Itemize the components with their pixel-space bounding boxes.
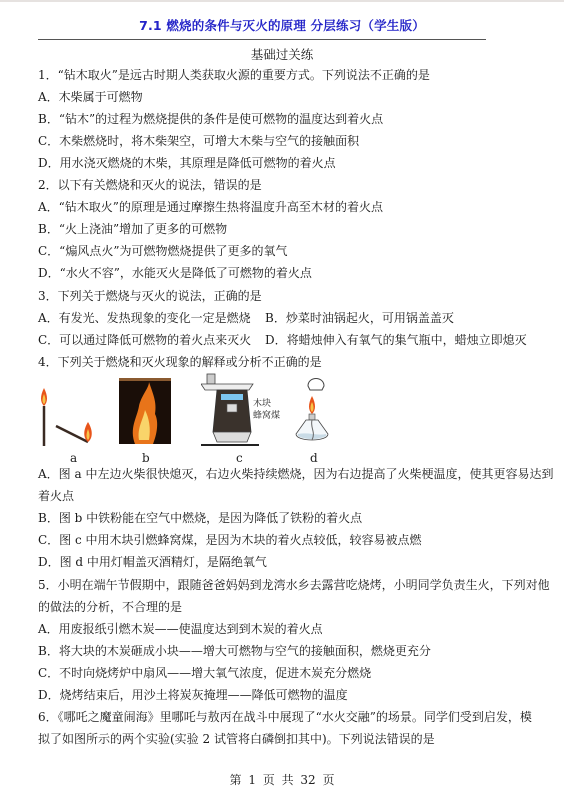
question-3-option-d: D．将蜡烛伸入有氧气的集气瓶中，蜡烛立即熄灭	[265, 333, 527, 347]
question-4-option-a: A．图 a 中左边火柴很快熄灭，右边火柴持续燃烧，因为右边提高了火柴梗温度，使其…	[38, 467, 553, 481]
label-honeycomb-coal: 蜂窝煤	[253, 409, 280, 421]
viewer-top-border	[0, 0, 564, 2]
alcohol-lamp-figure	[288, 372, 338, 450]
question-5-option-a: A．用废报纸引燃木炭——使温度达到到木炭的着火点	[38, 622, 323, 636]
iron-powder-burning-figure	[119, 378, 171, 444]
question-3-option-a: A．有发光、发热现象的变化一定是燃烧	[38, 311, 251, 325]
question-4-stem: 4．下列关于燃烧和灭火现象的解释或分析不正确的是	[38, 355, 322, 369]
question-5-option-d: D．烧烤结束后，用沙土将炭灰掩埋——降低可燃物的温度	[38, 688, 348, 702]
figure-label-c: c	[236, 451, 243, 465]
figure-label-b: b	[142, 451, 150, 465]
figure-label-a: a	[70, 451, 77, 465]
question-3-option-c: C．可以通过降低可燃物的着火点来灭火	[38, 333, 251, 347]
question-2-option-a: A．“钻木取火”的原理是通过摩擦生热将温度升高至木材的着火点	[38, 200, 383, 214]
header-rule	[38, 39, 486, 40]
question-6-stem: 6．《哪吒之魔童闹海》里哪吒与敖丙在战斗中展现了“水火交融”的场景。同学们受到启…	[38, 710, 532, 724]
question-2-option-c: C．“煽风点火”为可燃物燃烧提供了更多的氧气	[38, 244, 287, 258]
question-2-option-d: D．“水火不容”，水能灭火是降低了可燃物的着火点	[38, 266, 312, 280]
question-4-option-b: B．图 b 中铁粉能在空气中燃烧，是因为降低了铁粉的着火点	[38, 511, 362, 525]
question-1-option-d: D．用水浇灭燃烧的木柴，其原理是降低可燃物的着火点	[38, 156, 336, 170]
figure-label-d: d	[310, 451, 318, 465]
question-3-option-b: B．炒菜时油锅起火，可用锅盖盖灭	[265, 311, 454, 325]
question-1-option-a: A．木柴属于可燃物	[38, 90, 143, 104]
question-4-option-a-cont: 着火点	[38, 489, 74, 503]
section-heading: 基础过关练	[0, 45, 564, 63]
question-2-option-b: B．“火上浇油”增加了更多的可燃物	[38, 222, 227, 236]
question-4-option-d: D．图 d 中用灯帽盖灭酒精灯，是隔绝氧气	[38, 555, 267, 569]
question-2-stem: 2．以下有关燃烧和灭火的说法，错误的是	[38, 178, 262, 192]
stove-figure: 木块 蜂窝煤	[201, 372, 291, 450]
question-4-option-c: C．图 c 中用木块引燃蜂窝煤，是因为木块的着火点较低，较容易被点燃	[38, 533, 422, 547]
question-1-option-c: C．木柴燃烧时，将木柴架空，可增大木柴与空气的接触面积	[38, 134, 359, 148]
question-5-option-b: B．将大块的木炭砸成小块——增大可燃物与空气的接触面积，燃烧更充分	[38, 644, 431, 658]
question-6-stem-cont: 拟了如图所示的两个实验(实验 2 试管将白磷倒扣其中)。下列说法错误的是	[38, 732, 435, 746]
question-1-option-b: B．“钻木”的过程为燃烧提供的条件是使可燃物的温度达到着火点	[38, 112, 383, 126]
label-wood-block: 木块	[253, 397, 271, 409]
question-1-stem: 1．“钻木取火”是远古时期人类获取火源的重要方式。下列说法不正确的是	[38, 68, 430, 82]
question-3-stem: 3．下列关于燃烧与灭火的说法，正确的是	[38, 289, 262, 303]
matches-figure	[38, 376, 110, 451]
question-4-figure: a b 木块 蜂窝煤 c d	[38, 376, 338, 466]
page-footer: 第 1 页 共 32 页	[0, 771, 564, 788]
question-5-stem-cont: 的做法的分析，不合理的是	[38, 600, 182, 614]
question-5-stem: 5．小明在端午节假期中，跟随爸爸妈妈到龙湾水乡去露营吃烧烤，小明同学负责生火，下…	[38, 578, 550, 592]
question-5-option-c: C．不时向烧烤炉中扇风——增大氧气浓度，促进木炭充分燃烧	[38, 666, 371, 680]
document-title: 7.1 燃烧的条件与灭火的原理 分层练习（学生版）	[0, 16, 564, 34]
